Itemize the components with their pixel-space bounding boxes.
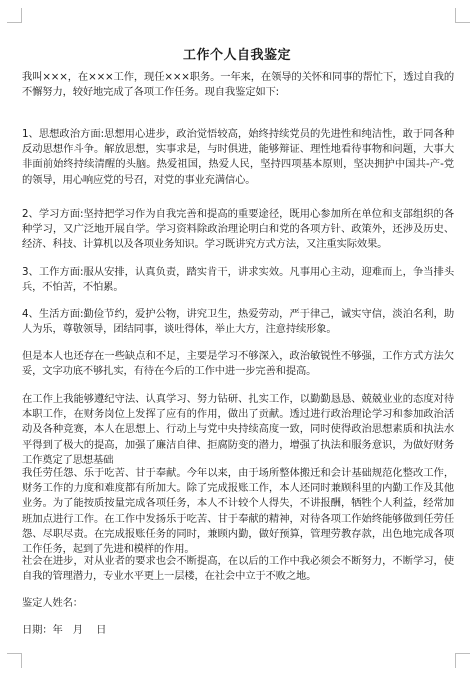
page-corner-mark-bottom-left bbox=[7, 653, 22, 668]
paragraph-study: 2、学习方面:坚持把学习作为自我完善和提高的重要途径，既用心参加所在单位和支部组… bbox=[22, 207, 454, 253]
paragraph-conclusion: 社会在进步，对从业者的要求也会不断提高，在以后的工作中我必须会不断努力，不断学习… bbox=[22, 554, 454, 584]
document-title: 工作个人自我鉴定 bbox=[0, 44, 474, 63]
signature-date-label: 日期：年 月 日 bbox=[22, 623, 454, 638]
signature-name-label: 鉴定人姓名： bbox=[22, 596, 454, 611]
paragraph-life: 4、生活方面:勤俭节约，爱护公物，讲究卫生，热爱劳动，严于律己，诚实守信，淡泊名… bbox=[22, 307, 454, 337]
page-corner-mark-top-left bbox=[7, 8, 22, 23]
paragraph-shortcomings: 但是本人也还存在一些缺点和不足，主要是学习不够深入，政治敏锐性不够强，工作方式方… bbox=[22, 349, 454, 379]
paragraph-dedication: 我任劳任怨、乐于吃苦、甘于奉献。今年以来，由于场所整体搬迁和会计基础规范化整改工… bbox=[22, 466, 454, 557]
intro-paragraph: 我叫×××，在×××工作，现任×××职务。一年来，在领导的关怀和同事的帮忙下，透… bbox=[22, 70, 454, 100]
page-corner-mark-bottom-right bbox=[455, 653, 470, 668]
paragraph-work-performance: 在工作上我能够遵纪守法、认真学习、努力钻研、扎实工作，以勤勤恳恳、兢兢业业的态度… bbox=[22, 392, 454, 468]
paragraph-political: 1、思想政治方面:思想用心进步，政治觉悟较高，始终持续党员的先进性和纯洁性，敢于… bbox=[22, 127, 454, 188]
page-corner-mark-top-right bbox=[455, 8, 470, 23]
paragraph-work: 3、工作方面:服从安排，认真负责，踏实肯干，讲求实效。凡事用心主动，迎难而上，争… bbox=[22, 265, 454, 295]
